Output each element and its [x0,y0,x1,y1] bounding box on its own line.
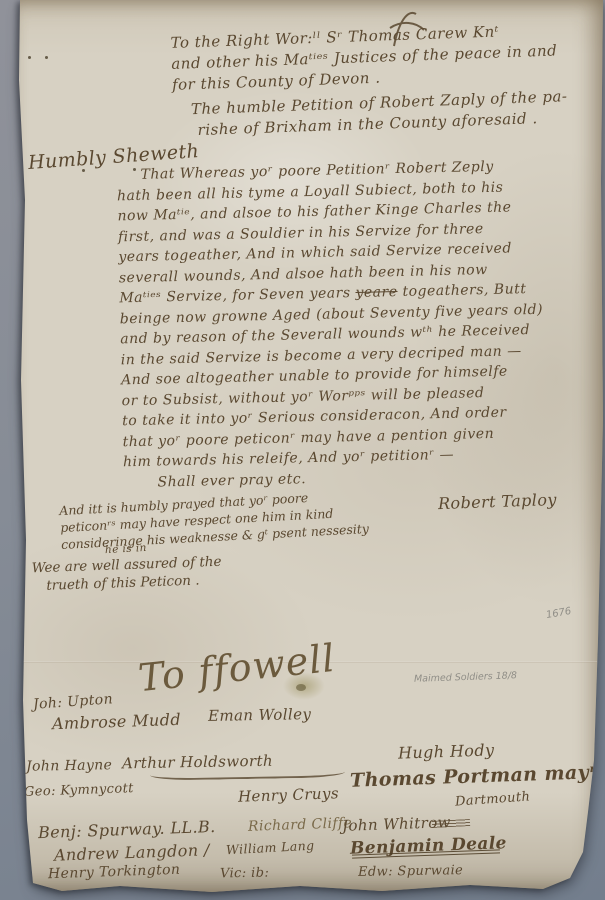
signature-robert-taploy: Robert Taploy [438,490,557,513]
signature-mudd: Ambrose Mudd [52,710,182,733]
paper-shadow-wrap: To the Right Wor:ˡˡ Sʳ Thomas Carew Knᵗ … [0,0,605,900]
signature-vic-ib: Vic: ib: [220,866,269,882]
signature-hayne: John Hayne [26,757,113,775]
body-line-segment: Maᵗⁱᵉˢ Servize, for Seven years [119,285,356,306]
signature-portman-place: Dartmouth [455,789,531,809]
ink-speck [28,56,31,59]
signature-kymnycott: Geo: Kymnycott [24,781,134,800]
signature-hody: Hugh Hody [398,740,495,762]
attestation: Wee are well assured of the trueth of th… [31,553,222,596]
struck-word: yeare [355,284,397,301]
signature-torkington: Henry Torkington [48,862,181,883]
petition-paper: To the Right Wor:ˡˡ Sʳ Thomas Carew Knᵗ … [0,0,605,900]
body-line-segment: togeathers, Butt [397,281,526,300]
signature-cliffe: Richard Cliffe [248,815,353,835]
document-photo: To the Right Wor:ˡˡ Sʳ Thomas Carew Knᵗ … [0,0,605,900]
petition-body: That Whereas yoʳ poore Petitionʳ Robert … [116,155,593,494]
signature-upton: Joh: Upton [33,691,114,713]
pen-scribble [432,819,470,828]
interlinear-note: he is in [105,542,147,556]
signature-wolley: Eman Wolley [208,705,312,725]
pencil-note-maimed-soldiers: Maimed Soldiers 18/8 [414,670,517,685]
signature-langdon: Andrew Langdon / [54,840,210,864]
petition-header: To the Right Wor:ˡˡ Sʳ Thomas Carew Knᵗ … [170,19,568,142]
ink-speck [45,56,48,59]
signature-spurway: Benj: Spurway. LL.B. [38,817,216,842]
signature-spurway-edw: Edw: Spurwaie [358,863,463,880]
signature-portman: Thomas Portman mayʳ of [350,760,605,792]
signature-cruys: Henry Cruys [238,784,339,806]
signature-lang: William Lang [226,838,315,858]
signature-fowell: To ffowell [136,636,337,700]
stain [296,684,306,691]
pencil-note-year: 1676 [545,606,572,621]
prayer-clause: And itt is humbly prayed that yoʳ poore … [59,486,369,553]
